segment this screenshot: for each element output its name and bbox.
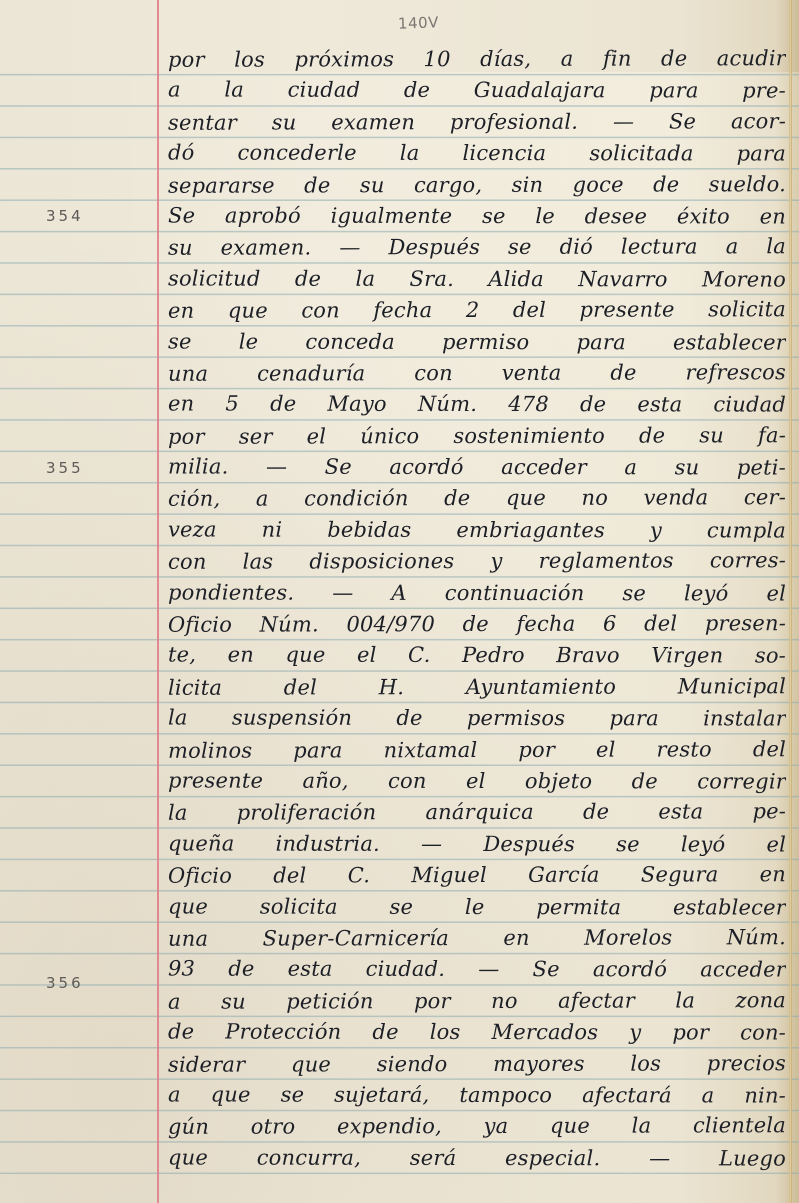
margin-entry-number: 355 — [46, 459, 84, 477]
margin-entry-number: 356 — [46, 974, 84, 992]
margin-entry-number: 354 — [46, 207, 84, 225]
text-line: se le conceda permiso para establecer — [168, 326, 786, 358]
text-line: 93 de esta ciudad. — Se acordó acceder — [168, 954, 786, 986]
text-line: que concurra, será especial. — Luego — [168, 1142, 786, 1174]
text-line: pondientes. — A continuación se leyó el — [168, 577, 786, 609]
text-line: por los próximos 10 días, a fin de acudi… — [168, 43, 786, 76]
text-line: sentar su examen profesional. — Se acor- — [168, 106, 786, 139]
text-line: te, en que el C. Pedro Bravo Virgen so- — [168, 640, 786, 672]
text-line: la proliferación anárquica de esta pe- — [168, 797, 786, 830]
text-line: siderar que siendo mayores los precios — [168, 1048, 786, 1081]
text-line: ción, a condición de que no venda cer- — [168, 483, 786, 516]
text-line: separarse de su cargo, sin goce de sueld… — [168, 169, 786, 202]
text-line: dó concederle la licencia solicitada par… — [168, 138, 786, 170]
text-line: solicitud de la Sra. Alida Navarro Moren… — [168, 263, 786, 295]
text-line: gún otro expendio, ya que la clientela — [168, 1110, 786, 1143]
text-line: molinos para nixtamal por el resto del — [168, 734, 786, 767]
text-line: licita del H. Ayuntamiento Municipal — [168, 671, 786, 704]
text-line: que solicita se le permita establecer — [168, 891, 786, 923]
text-line: su examen. — Después se dió lectura a la — [168, 232, 786, 265]
text-line: con las disposiciones y reglamentos corr… — [168, 545, 786, 578]
text-line: veza ni bebidas embriagantes y cumpla — [168, 514, 786, 546]
text-line: una Super-Carnicería en Morelos Núm. — [168, 922, 786, 955]
page-edge — [789, 0, 792, 1203]
text-line: presente año, con el objeto de corregir — [168, 765, 786, 797]
red-margin-rule — [157, 0, 159, 1203]
text-line: en que con fecha 2 del presente solicita — [168, 294, 786, 327]
text-line: a la ciudad de Guadalajara para pre- — [168, 75, 786, 107]
handwritten-text-body: por los próximos 10 días, a fin de acudi… — [168, 44, 786, 1174]
text-line: en 5 de Mayo Núm. 478 de esta ciudad — [168, 389, 786, 421]
text-line: a su petición por no afectar la zona — [168, 985, 786, 1018]
text-line: Oficio del C. Miguel García Segura en — [168, 859, 786, 892]
text-line: a que se sujetará, tampoco afectará a ni… — [168, 1079, 786, 1111]
text-line: la suspensión de permisos para instalar — [168, 703, 786, 735]
text-line: milia. — Se acordó acceder a su peti- — [168, 452, 786, 484]
text-line: una cenaduría con venta de refrescos — [168, 357, 786, 390]
text-line: Se aprobó igualmente se le desee éxito e… — [168, 200, 786, 232]
ledger-page: 140V 354 355 356 por los próximos 10 día… — [0, 0, 799, 1203]
text-line: Oficio Núm. 004/970 de fecha 6 del prese… — [168, 608, 786, 641]
folio-number: 140V — [398, 13, 440, 32]
text-line: por ser el único sostenimiento de su fa- — [168, 420, 786, 453]
text-line: de Protección de los Mercados y por con- — [168, 1017, 786, 1049]
text-line: queña industria. — Después se leyó el — [168, 828, 786, 860]
